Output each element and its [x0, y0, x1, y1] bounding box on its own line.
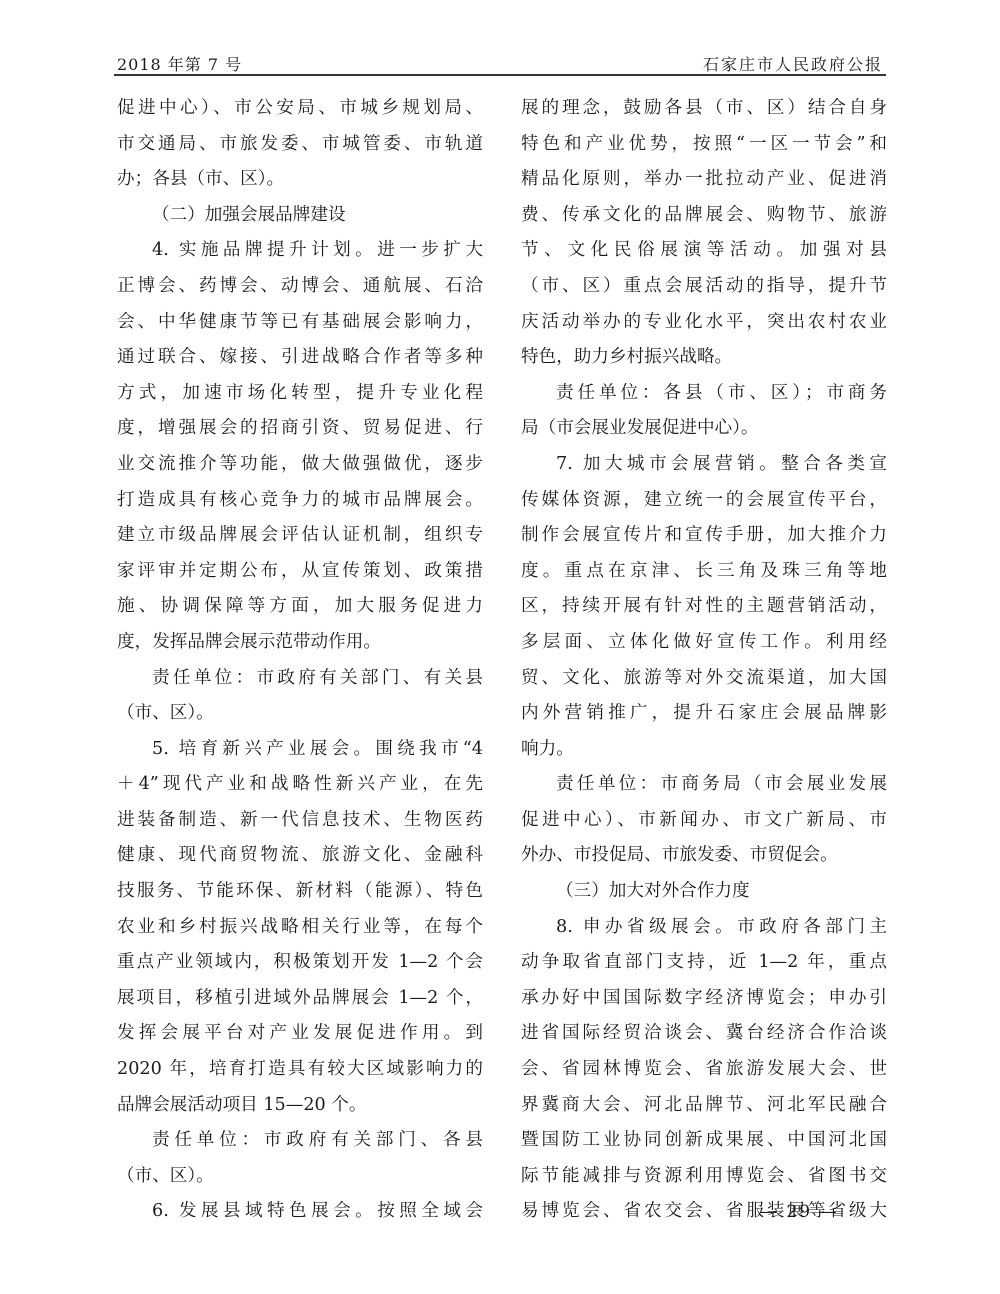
- text-line: 会、中华健康节等已有基础展会影响力，: [117, 305, 483, 341]
- header-rule: [114, 74, 886, 76]
- text-line: 特色，助力乡村振兴战略。: [521, 340, 887, 376]
- text-line: 传媒体资源，建立统一的会展宣传平台，: [521, 483, 887, 519]
- text-line: 动争取省直部门支持，近 1—2 年，重点: [521, 945, 887, 981]
- text-line: 暨国防工业协同创新成果展、中国河北国: [521, 1123, 887, 1159]
- text-line: 方式，加速市场化转型，提升专业化程: [117, 376, 483, 412]
- issue-label: 2018 年第 7 号: [117, 52, 242, 75]
- text-line: 办；各县（市、区）。: [117, 162, 483, 198]
- text-line: 界冀商大会、河北品牌节、河北军民融合: [521, 1088, 887, 1124]
- text-line: 健康、现代商贸物流、旅游文化、金融科: [117, 838, 483, 874]
- text-line: 际节能减排与资源利用博览会、省图书交: [521, 1159, 887, 1195]
- text-line: 家评审并定期公布，从宣传策划、政策措: [117, 554, 483, 590]
- text-line: 促进中心）、市新闻办、市文广新局、市: [521, 803, 887, 839]
- text-line: 节、文化民俗展演等活动。加强对县: [521, 233, 887, 269]
- publication-title: 石家庄市人民政府公报: [703, 52, 883, 75]
- text-line: 内外营销推广，提升石家庄会展品牌影: [521, 696, 887, 732]
- text-line: 通过联合、嫁接、引进战略合作者等多种: [117, 340, 483, 376]
- text-line: 度，发挥品牌会展示范带动作用。: [117, 625, 483, 661]
- text-line: 制作会展宣传片和宣传手册，加大推介力: [521, 518, 887, 554]
- text-line: 外办、市投促局、市旅发委、市贸促会。: [521, 838, 887, 874]
- text-line: （市、区）。: [117, 696, 483, 732]
- text-line: 进装备制造、新一代信息技术、生物医药: [117, 803, 483, 839]
- section-heading: （二）加强会展品牌建设: [117, 198, 483, 234]
- text-line: 进省国际经贸洽谈会、冀台经济合作洽谈: [521, 1016, 887, 1052]
- text-line: 责任单位：市商务局（市会展业发展: [521, 767, 887, 803]
- right-text-column: 展的理念，鼓励各县（市、区）结合自身特色和产业优势，按照“一区一节会”和精品化原…: [521, 91, 887, 1230]
- page-header: 2018 年第 7 号 石家庄市人民政府公报: [117, 52, 883, 74]
- text-line: 响力。: [521, 732, 887, 768]
- text-line: 费、传承文化的品牌展会、购物节、旅游: [521, 198, 887, 234]
- text-line: 2020 年，培育打造具有较大区域影响力的: [117, 1052, 483, 1088]
- text-line: （市、区）重点会展活动的指导，提升节: [521, 269, 887, 305]
- text-line: 局（市会展业发展促进中心）。: [521, 411, 887, 447]
- text-line: 承办好中国国际数字经济博览会；申办引: [521, 981, 887, 1017]
- page-number: — 29 —: [760, 1202, 838, 1222]
- text-line: 贸、文化、旅游等对外交流渠道，加大国: [521, 661, 887, 697]
- text-line: 打造成具有核心竞争力的城市品牌展会。: [117, 483, 483, 519]
- text-line: 精品化原则，举办一批拉动产业、促进消: [521, 162, 887, 198]
- text-line: 展的理念，鼓励各县（市、区）结合自身: [521, 91, 887, 127]
- text-line: 6. 发展县域特色展会。按照全域会: [117, 1194, 483, 1230]
- text-line: 5. 培育新兴产业展会。围绕我市“4: [117, 732, 483, 768]
- text-line: 建立市级品牌展会评估认证机制，组织专: [117, 518, 483, 554]
- text-line: 农业和乡村振兴战略相关行业等，在每个: [117, 910, 483, 946]
- text-line: 会、省园林博览会、省旅游发展大会、世: [521, 1052, 887, 1088]
- text-line: 度。重点在京津、长三角及珠三角等地: [521, 554, 887, 590]
- text-line: 庆活动举办的专业化水平，突出农村农业: [521, 305, 887, 341]
- text-line: 重点产业领域内，积极策划开发 1—2 个会: [117, 945, 483, 981]
- text-line: 责任单位：各县（市、区）；市商务: [521, 376, 887, 412]
- text-line: 区，持续开展有针对性的主题营销活动，: [521, 589, 887, 625]
- text-line: 8. 申办省级展会。市政府各部门主: [521, 910, 887, 946]
- left-text-column: 促进中心）、市公安局、市城乡规划局、市交通局、市旅发委、市城管委、市轨道办；各县…: [117, 91, 483, 1230]
- text-line: 施、协调保障等方面，加大服务促进力: [117, 589, 483, 625]
- text-line: 技服务、节能环保、新材料（能源）、特色: [117, 874, 483, 910]
- text-line: 责任单位：市政府有关部门、有关县: [117, 661, 483, 697]
- text-line: 责任单位：市政府有关部门、各县: [117, 1123, 483, 1159]
- text-line: 度，增强展会的招商引资、贸易促进、行: [117, 411, 483, 447]
- text-line: 市交通局、市旅发委、市城管委、市轨道: [117, 127, 483, 163]
- text-line: 促进中心）、市公安局、市城乡规划局、: [117, 91, 483, 127]
- text-line: 特色和产业优势，按照“一区一节会”和: [521, 127, 887, 163]
- text-line: 4. 实施品牌提升计划。进一步扩大: [117, 233, 483, 269]
- text-line: （市、区）。: [117, 1159, 483, 1195]
- text-line: 发挥会展平台对产业发展促进作用。到: [117, 1016, 483, 1052]
- text-line: 展项目，移植引进域外品牌展会 1—2 个，: [117, 981, 483, 1017]
- text-line: 多层面、立体化做好宣传工作。利用经: [521, 625, 887, 661]
- text-line: 正博会、药博会、动博会、通航展、石洽: [117, 269, 483, 305]
- text-line: 业交流推介等功能，做大做强做优，逐步: [117, 447, 483, 483]
- text-line: 品牌会展活动项目 15—20 个。: [117, 1088, 483, 1124]
- text-line: 7. 加大城市会展营销。整合各类宣: [521, 447, 887, 483]
- text-line: ＋4”现代产业和战略性新兴产业，在先: [117, 767, 483, 803]
- section-heading: （三）加大对外合作力度: [521, 874, 887, 910]
